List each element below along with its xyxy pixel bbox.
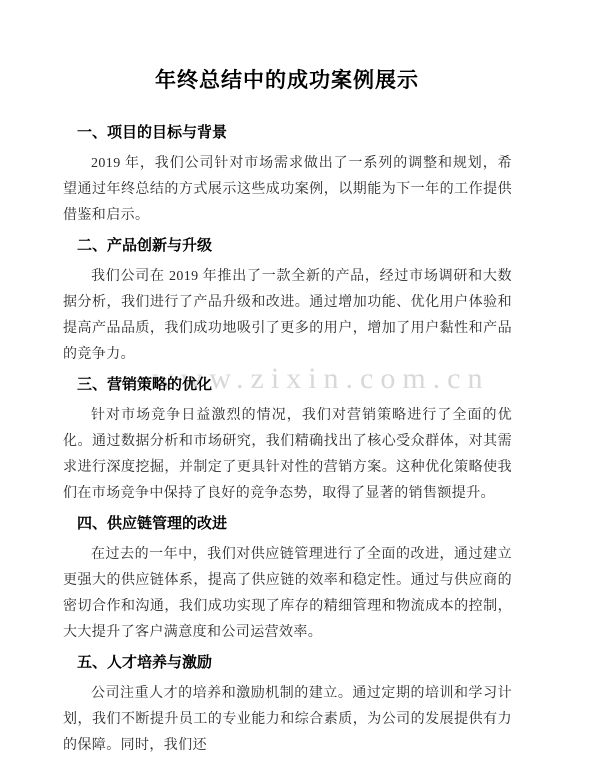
section-heading: 一、项目的目标与背景	[77, 124, 512, 141]
section-paragraph: 我们公司在 2019 年推出了一款全新的产品，经过市场调研和大数据分析，我们进行…	[63, 264, 512, 368]
section-supply-chain: 四、供应链管理的改进 在过去的一年中，我们对供应链管理进行了全面的改进，通过建立…	[63, 515, 512, 646]
section-heading: 二、产品创新与升级	[77, 237, 512, 254]
section-paragraph: 针对市场竞争日益激烈的情况，我们对营销策略进行了全面的优化。通过数据分析和市场研…	[63, 403, 512, 507]
section-product-innovation: 二、产品创新与升级 我们公司在 2019 年推出了一款全新的产品，经过市场调研和…	[63, 237, 512, 368]
section-marketing-strategy: 三、营销策略的优化 针对市场竞争日益激烈的情况，我们对营销策略进行了全面的优化。…	[63, 376, 512, 507]
section-paragraph: 在过去的一年中，我们对供应链管理进行了全面的改进，通过建立更强大的供应链体系，提…	[63, 542, 512, 646]
section-heading: 三、营销策略的优化	[77, 376, 512, 393]
section-heading: 四、供应链管理的改进	[77, 515, 512, 532]
section-paragraph: 2019 年，我们公司针对市场需求做出了一系列的调整和规划，希望通过年终总结的方…	[63, 151, 512, 229]
section-talent-development: 五、人才培养与激励 公司注重人才的培养和激励机制的建立。通过定期的培训和学习计划…	[63, 654, 512, 759]
page-title: 年终总结中的成功案例展示	[50, 68, 524, 94]
section-heading: 五、人才培养与激励	[77, 654, 512, 671]
document-page: www.zixin.com.cn 年终总结中的成功案例展示 一、项目的目标与背景…	[0, 0, 600, 776]
section-paragraph: 公司注重人才的培养和激励机制的建立。通过定期的培训和学习计划，我们不断提升员工的…	[63, 681, 512, 759]
document-content: 年终总结中的成功案例展示 一、项目的目标与背景 2019 年，我们公司针对市场需…	[63, 0, 512, 759]
section-project-goals: 一、项目的目标与背景 2019 年，我们公司针对市场需求做出了一系列的调整和规划…	[63, 124, 512, 229]
